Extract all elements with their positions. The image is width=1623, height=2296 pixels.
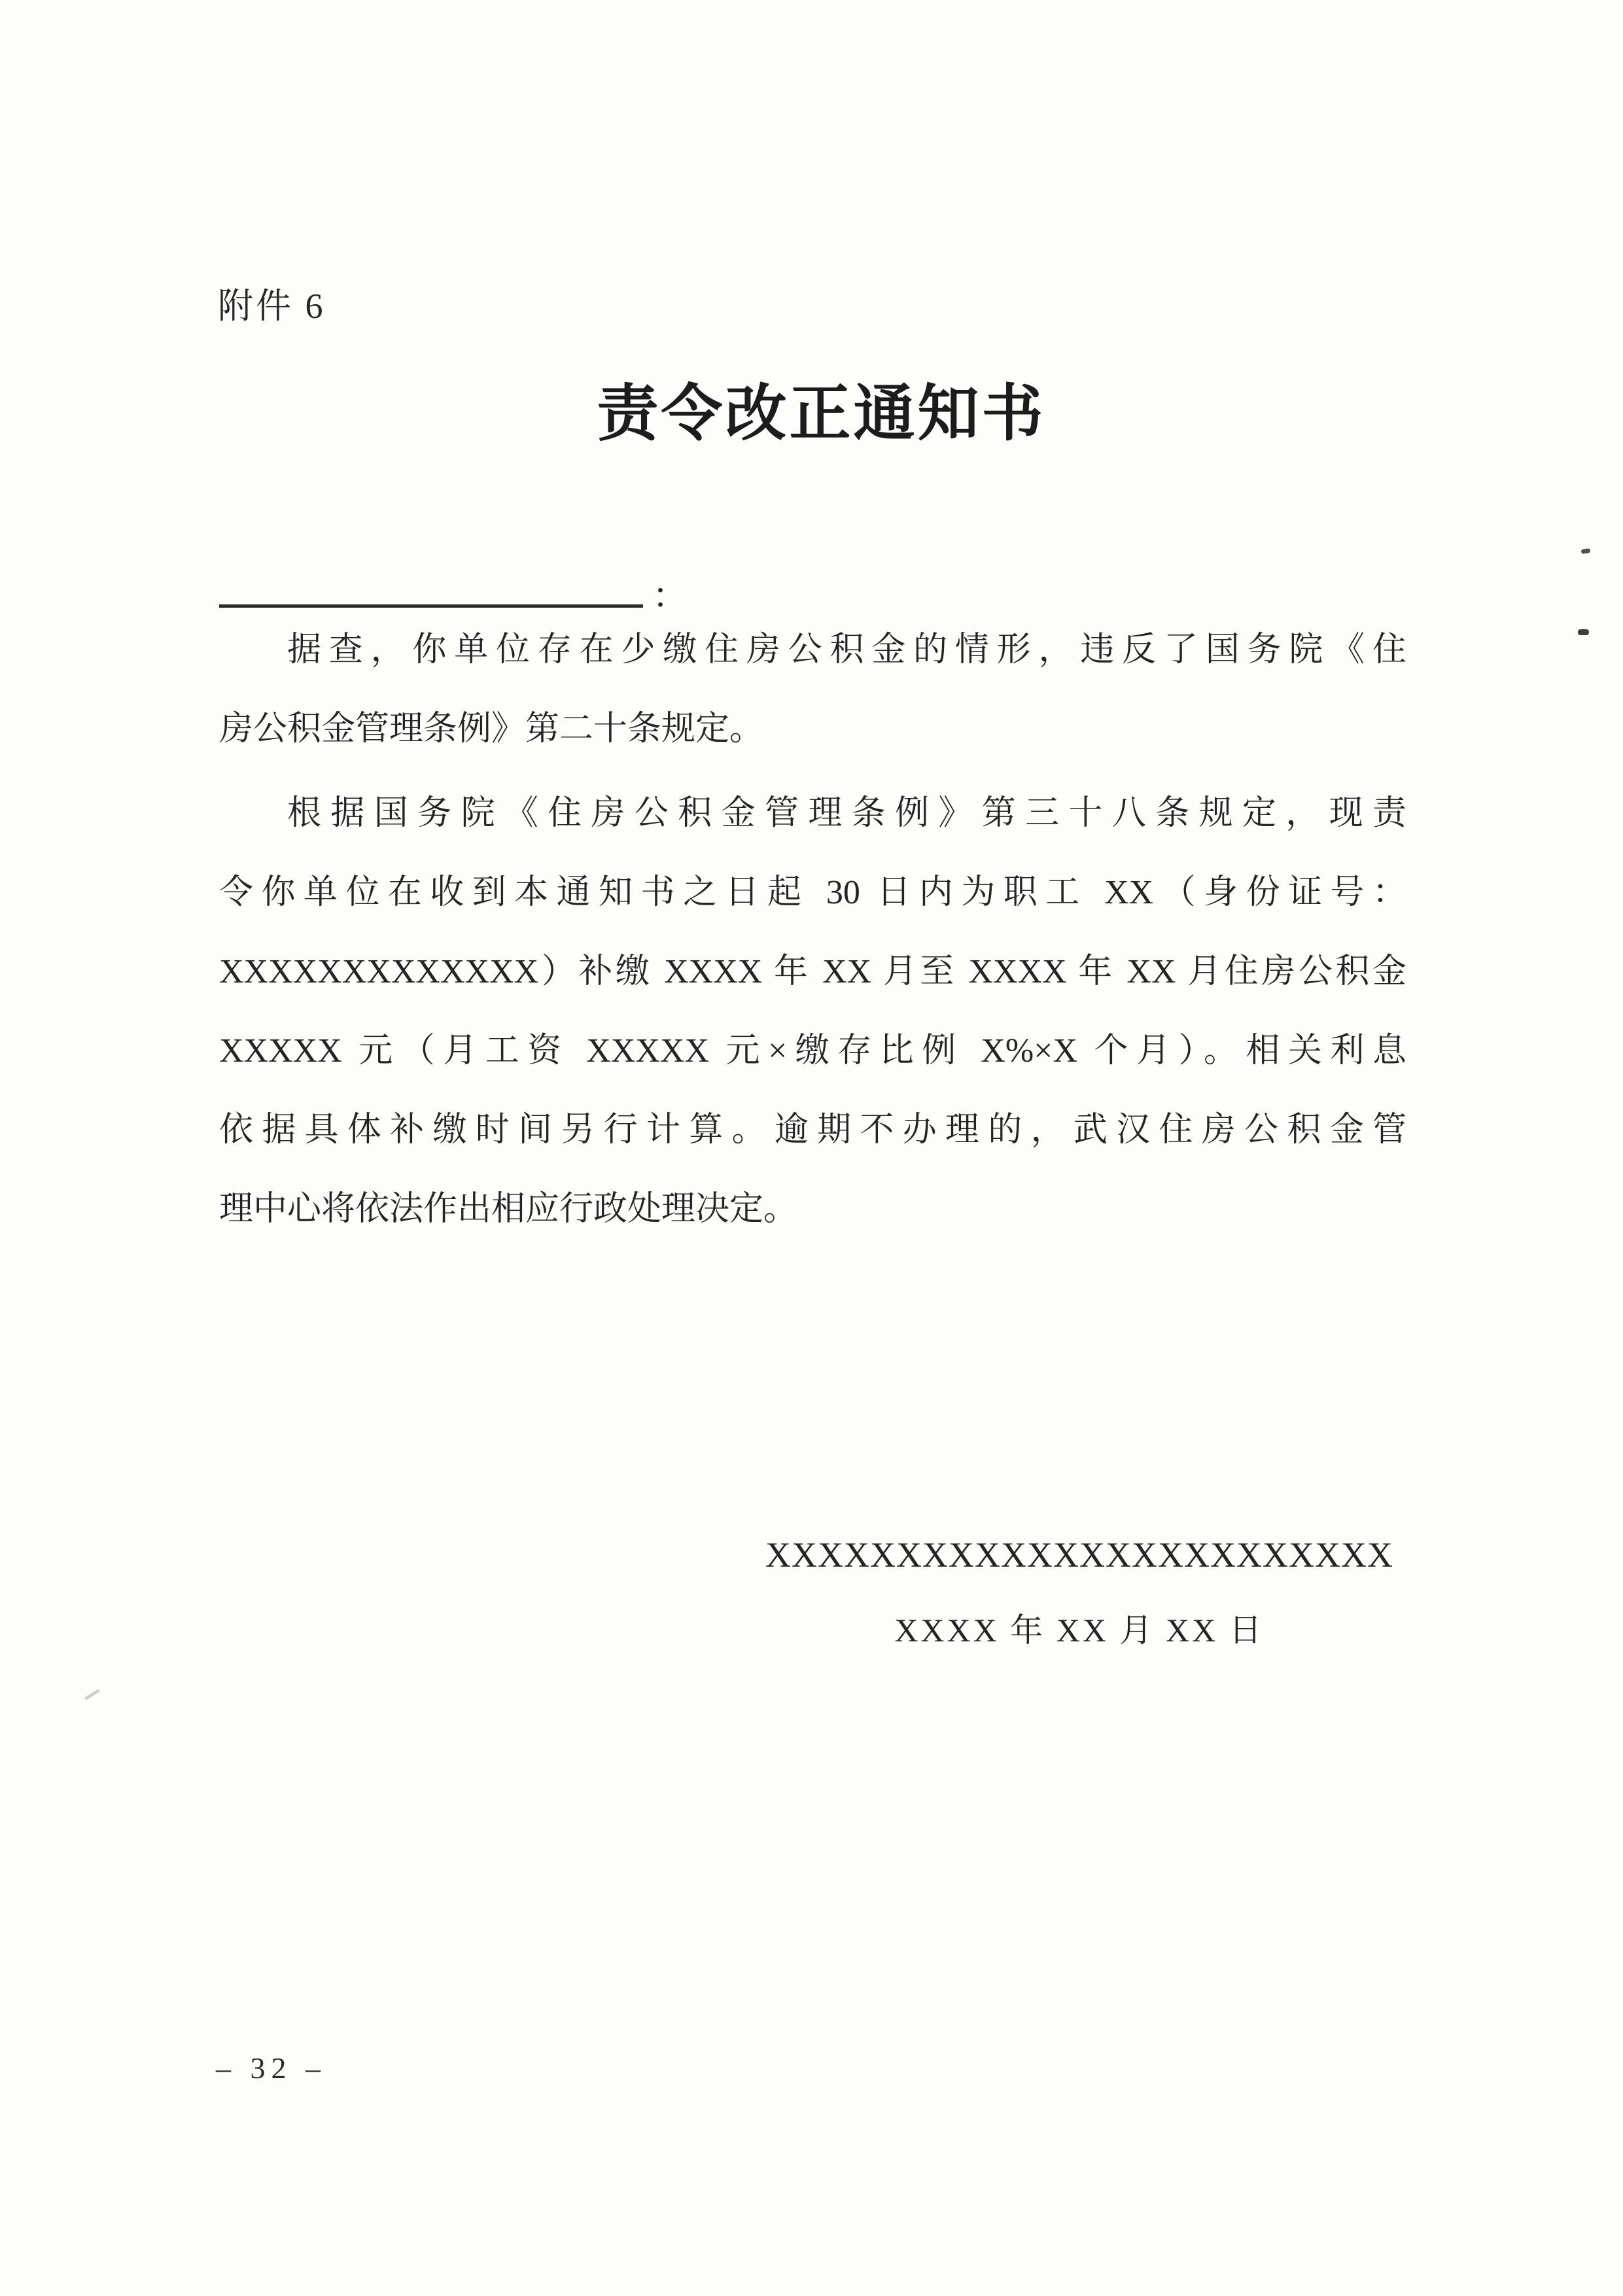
paragraph-1: 据查，你单位存在少缴住房公积金的情形，违反了国务院《住 房公积金管理条例》第二十… — [219, 610, 1406, 769]
paragraph-2-line-1: 根据国务院《住房公积金管理条例》第三十八条规定，现责 — [219, 774, 1406, 853]
attachment-label: 附件 6 — [218, 278, 326, 328]
document-title: 责令改正通知书 — [0, 364, 1623, 452]
paragraph-1-line-2: 房公积金管理条例》第二十条规定。 — [219, 689, 1406, 769]
addressee-blank-underline — [219, 555, 643, 608]
signature-name-placeholder: XXXXXXXXXXXXXXXXXXXXXXXX — [746, 1516, 1413, 1593]
scan-artifact-speck — [1578, 629, 1589, 635]
scan-artifact-speck — [84, 1688, 101, 1700]
document-page: 附件 6 责令改正通知书 ： 据查，你单位存在少缴住房公积金的情形，违反了国务院… — [0, 0, 1623, 2296]
page-number: – 32 – — [216, 2051, 326, 2085]
paragraph-2: 根据国务院《住房公积金管理条例》第三十八条规定，现责 令你单位在收到本通知书之日… — [219, 774, 1406, 1249]
signature-date-placeholder: XXXX 年 XX 月 XX 日 — [746, 1593, 1413, 1667]
scan-artifact-speck — [1581, 548, 1591, 554]
paragraph-2-line-2: 令你单位在收到本通知书之日起 30 日内为职工 XX（身份证号： — [219, 853, 1406, 932]
addressee-line: ： — [219, 555, 688, 618]
paragraph-1-line-1: 据查，你单位存在少缴住房公积金的情形，违反了国务院《住 — [219, 610, 1406, 689]
paragraph-2-line-4: XXXXX 元（月工资 XXXXX 元×缴存比例 X%×X 个月）。相关利息 — [219, 1011, 1406, 1090]
paragraph-2-line-6: 理中心将依法作出相应行政处理决定。 — [219, 1170, 1406, 1249]
paragraph-2-line-5: 依据具体补缴时间另行计算。逾期不办理的，武汉住房公积金管 — [219, 1090, 1406, 1170]
signature-block: XXXXXXXXXXXXXXXXXXXXXXXX XXXX 年 XX 月 XX … — [746, 1516, 1413, 1667]
paragraph-2-line-3: XXXXXXXXXXXXX）补缴 XXXX 年 XX 月至 XXXX 年 XX … — [219, 932, 1406, 1011]
